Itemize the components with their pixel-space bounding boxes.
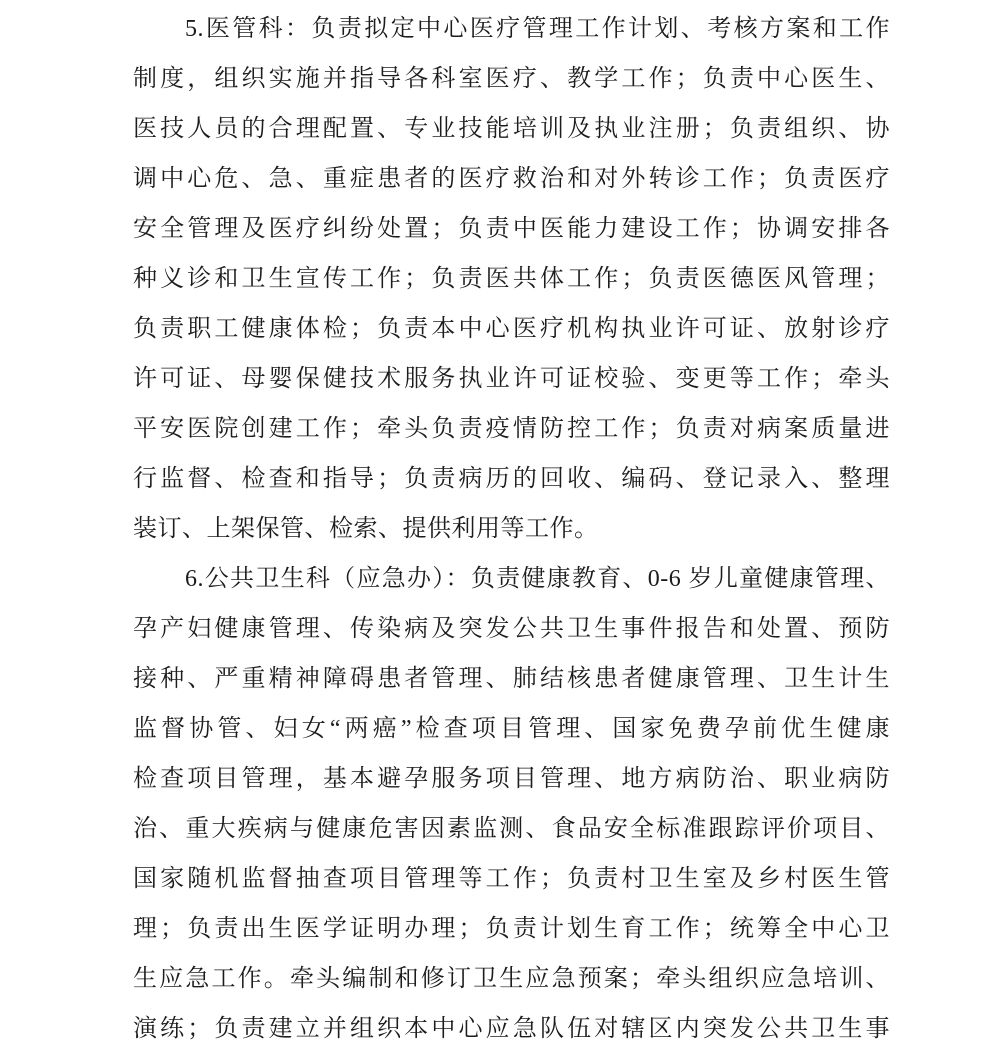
text-line: 国家随机监督抽查项目管理等工作；负责村卫生室及乡村医生管 [133, 854, 890, 904]
text-line: 生应急工作。牵头编制和修订卫生应急预案；牵头组织应急培训、 [133, 954, 890, 1004]
text-line: 5.医管科：负责拟定中心医疗管理工作计划、考核方案和工作 [133, 4, 890, 54]
text-line: 调中心危、急、重症患者的医疗救治和对外转诊工作；负责医疗 [133, 154, 890, 204]
document-body: 5.医管科：负责拟定中心医疗管理工作计划、考核方案和工作制度，组织实施并指导各科… [133, 4, 890, 1053]
text-line: 检查项目管理，基本避孕服务项目管理、地方病防治、职业病防 [133, 754, 890, 804]
text-line: 平安医院创建工作；牵头负责疫情防控工作；负责对病案质量进 [133, 404, 890, 454]
text-line: 负责职工健康体检；负责本中心医疗机构执业许可证、放射诊疗 [133, 304, 890, 354]
text-line: 监督协管、妇女“两癌”检查项目管理、国家免费孕前优生健康 [133, 704, 890, 754]
text-line: 演练；负责建立并组织本中心应急队伍对辖区内突发公共卫生事 [133, 1004, 890, 1053]
text-line: 制度，组织实施并指导各科室医疗、教学工作；负责中心医生、 [133, 54, 890, 104]
text-line: 接种、严重精神障碍患者管理、肺结核患者健康管理、卫生计生 [133, 654, 890, 704]
text-line: 理；负责出生医学证明办理；负责计划生育工作；统筹全中心卫 [133, 904, 890, 954]
document-page: 5.医管科：负责拟定中心医疗管理工作计划、考核方案和工作制度，组织实施并指导各科… [0, 0, 1000, 1053]
text-line: 治、重大疾病与健康危害因素监测、食品安全标准跟踪评价项目、 [133, 804, 890, 854]
text-line: 装订、上架保管、检索、提供利用等工作。 [133, 504, 890, 554]
text-line: 许可证、母婴保健技术服务执业许可证校验、变更等工作；牵头 [133, 354, 890, 404]
text-line: 医技人员的合理配置、专业技能培训及执业注册；负责组织、协 [133, 104, 890, 154]
text-line: 安全管理及医疗纠纷处置；负责中医能力建设工作；协调安排各 [133, 204, 890, 254]
text-line: 6.公共卫生科（应急办）：负责健康教育、0-6 岁儿童健康管理、 [133, 554, 890, 604]
text-line: 孕产妇健康管理、传染病及突发公共卫生事件报告和处置、预防 [133, 604, 890, 654]
text-line: 种义诊和卫生宣传工作；负责医共体工作；负责医德医风管理； [133, 254, 890, 304]
text-line: 行监督、检查和指导；负责病历的回收、编码、登记录入、整理 [133, 454, 890, 504]
